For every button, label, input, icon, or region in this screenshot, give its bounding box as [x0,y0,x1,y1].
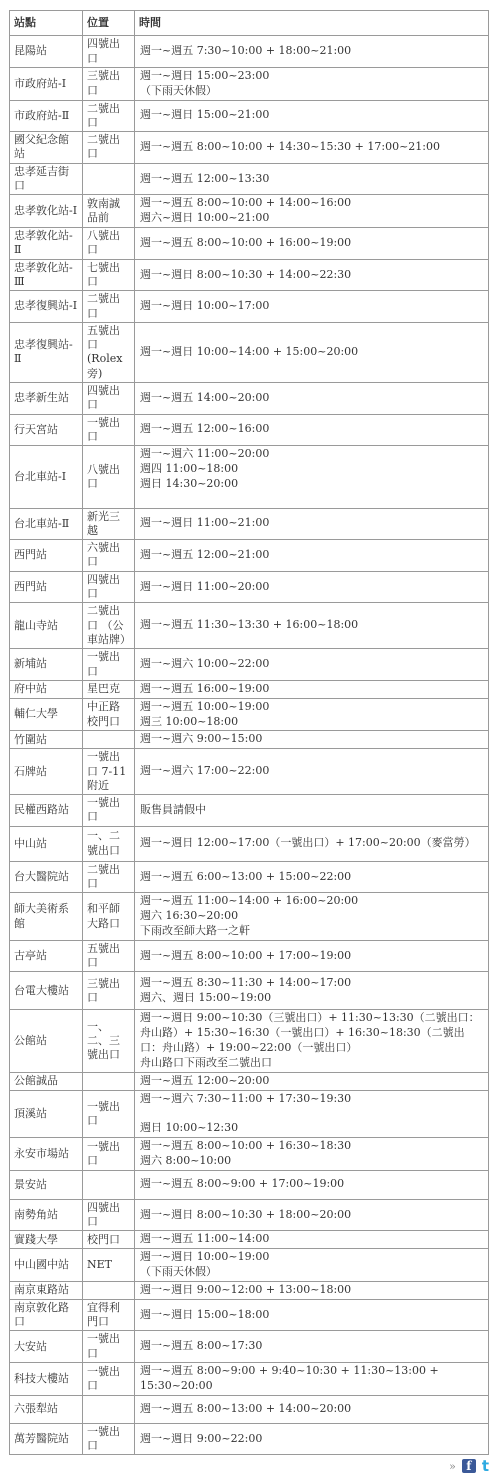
location-cell: 四號出口 [83,36,135,68]
time-cell: 週一~週五 12:00~20:00 [135,1072,489,1090]
table-row: 科技大樓站一號出口週一~週五 8:00~9:00 + 9:40~10:30 + … [10,1363,489,1396]
time-line: 週一~週六 11:00~20:00 [140,447,483,462]
location-cell: 二號出口 （公車站牌） [83,603,135,649]
table-row: 頂溪站一號出口週一~週六 7:30~11:00 + 17:30~19:30 週日… [10,1090,489,1138]
location-cell: 二號出口 [83,100,135,132]
table-row: 西門站六號出口週一~週五 12:00~21:00 [10,540,489,572]
location-cell: 校門口 [83,1231,135,1249]
time-cell: 週一~週日 15:00~18:00 [135,1299,489,1331]
time-line: 週一~週六 10:00~22:00 [140,657,483,672]
table-row: 南勢角站四號出口週一~週日 8:00~10:30 + 18:00~20:00 [10,1199,489,1231]
location-cell: 敦南誠品前 [83,195,135,228]
location-cell: 二號出口 [83,291,135,323]
station-cell: 忠孝敦化站-Ⅱ [10,228,83,260]
table-row: 景安站週一~週五 8:00~9:00 + 17:00~19:00 [10,1170,489,1199]
time-cell: 週一~週五 16:00~19:00 [135,680,489,698]
station-cell: 台大醫院站 [10,861,83,893]
time-cell: 週一~週五 11:00~14:00 [135,1231,489,1249]
time-line: 週三 10:00~18:00 [140,715,483,730]
location-cell: 一號出口 [83,414,135,446]
table-row: 忠孝延吉街口週一~週五 12:00~13:30 [10,163,489,195]
header-time: 時間 [135,11,489,36]
table-row: 西門站四號出口週一~週日 11:00~20:00 [10,571,489,603]
location-cell [83,1170,135,1199]
time-cell: 週一~週日 15:00~21:00 [135,100,489,132]
station-cell: 公館誠品 [10,1072,83,1090]
station-cell: 頂溪站 [10,1090,83,1138]
station-cell: 忠孝延吉街口 [10,163,83,195]
station-cell: 民權西路站 [10,795,83,827]
time-line: 週一~週日 11:00~20:00 [140,580,483,595]
time-line: 週一~週五 14:00~20:00 [140,391,483,406]
time-cell: 週一~週日 10:00~14:00 + 15:00~20:00 [135,322,489,382]
location-cell: 和平師大路口 [83,893,135,941]
station-cell: 西門站 [10,540,83,572]
header-location: 位置 [83,11,135,36]
time-line: 週一~週五 12:00~16:00 [140,422,483,437]
time-cell: 週一~週日 10:00~17:00 [135,291,489,323]
location-cell: 一號出口 [83,1331,135,1363]
time-cell: 週一~週日 9:00~12:00 + 13:00~18:00 [135,1281,489,1299]
time-line: 週一~週日 8:00~10:30 + 18:00~20:00 [140,1208,483,1223]
table-row: 台北車站-Ⅰ八號出口週一~週六 11:00~20:00週四 11:00~18:0… [10,446,489,508]
time-line: 週一~週五 6:00~13:00 + 15:00~22:00 [140,870,483,885]
table-row: 石牌站一號出口 7-11附近週一~週六 17:00~22:00 [10,749,489,795]
time-line: 週一~週五 11:00~14:00 [140,1232,483,1247]
station-cell: 南京東路站 [10,1281,83,1299]
time-line: 週一~週五 12:00~21:00 [140,548,483,563]
station-cell: 新埔站 [10,649,83,681]
time-cell: 週一~週五 12:00~21:00 [135,540,489,572]
location-cell: 八號出口 [83,446,135,508]
table-row: 公館誠品週一~週五 12:00~20:00 [10,1072,489,1090]
time-cell: 週一~週六 17:00~22:00 [135,749,489,795]
time-line: 週一~週五 8:00~9:00 + 17:00~19:00 [140,1177,483,1192]
time-line: 週一~週五 8:00~10:00 + 17:00~19:00 [140,949,483,964]
station-cell: 台北車站-Ⅱ [10,508,83,540]
time-line: 舟山路口下雨改至二號出口 [140,1056,483,1071]
table-row: 市政府站-Ⅰ三號出口週一~週日 15:00~23:00（下雨天休假） [10,67,489,100]
time-cell: 週一~週五 11:00~14:00 + 16:00~20:00週六 16:30~… [135,893,489,941]
location-cell: 四號出口 [83,571,135,603]
time-cell: 週一~週日 11:00~20:00 [135,571,489,603]
time-line: 週一~週日 8:00~10:30 + 14:00~22:30 [140,268,483,283]
time-cell: 週一~週五 6:00~13:00 + 15:00~22:00 [135,861,489,893]
table-row: 龍山寺站二號出口 （公車站牌）週一~週五 11:30~13:30 + 16:00… [10,603,489,649]
time-cell: 週一~週五 8:00~13:00 + 14:00~20:00 [135,1395,489,1423]
station-cell: 科技大樓站 [10,1363,83,1396]
time-cell: 週一~週五 8:30~11:30 + 14:00~17:00週六、週日 15:0… [135,972,489,1010]
station-cell: 景安站 [10,1170,83,1199]
location-cell: 一、二號出口 [83,826,135,861]
table-row: 中山站一、二號出口週一~週日 12:00~17:00（一號出口）+ 17:00~… [10,826,489,861]
location-cell: 八號出口 [83,228,135,260]
station-cell: 實踐大學 [10,1231,83,1249]
table-row: 忠孝復興站-Ⅱ五號出口 (Rolex旁)週一~週日 10:00~14:00 + … [10,322,489,382]
time-line: 週一~週日 15:00~21:00 [140,108,483,123]
time-line: 週日 14:30~20:00 [140,477,483,492]
time-line: 週一~週五 8:00~17:30 [140,1339,483,1354]
location-cell: 一號出口 [83,1138,135,1171]
location-cell: NET [83,1249,135,1282]
time-line: 下雨改至師大路一之軒 [140,924,483,939]
time-cell: 週一~週五 8:00~10:00 + 14:00~16:00週六~週日 10:0… [135,195,489,228]
time-cell: 週一~週五 12:00~16:00 [135,414,489,446]
location-cell [83,731,135,749]
table-row: 實踐大學校門口週一~週五 11:00~14:00 [10,1231,489,1249]
time-line: 週一~週五 12:00~20:00 [140,1074,483,1089]
station-cell: 台北車站-Ⅰ [10,446,83,508]
station-cell: 永安市場站 [10,1138,83,1171]
time-line: 週一~週五 8:00~13:00 + 14:00~20:00 [140,1402,483,1417]
table-row: 台北車站-Ⅱ新光三越週一~週日 11:00~21:00 [10,508,489,540]
time-line: 週一~週六 17:00~22:00 [140,764,483,779]
table-row: 公館站一、二、三號出口週一~週日 9:00~10:30（三號出口）+ 11:30… [10,1010,489,1072]
page: 站點 位置 時間 昆陽站四號出口週一~週五 7:30~10:00 + 18:00… [0,0,500,1480]
time-cell: 週一~週日 9:00~10:30（三號出口）+ 11:30~13:30（二號出口… [135,1010,489,1072]
time-cell: 週一~週六 7:30~11:00 + 17:30~19:30 週日 10:00~… [135,1090,489,1138]
time-line: 週一~週五 8:30~11:30 + 14:00~17:00 [140,976,483,991]
header-row: 站點 位置 時間 [10,11,489,36]
header-station: 站點 [10,11,83,36]
table-row: 市政府站-Ⅱ二號出口週一~週日 15:00~21:00 [10,100,489,132]
time-line: 週一~週日 15:00~23:00 [140,69,483,84]
location-cell: 星巴克 [83,680,135,698]
location-cell: 四號出口 [83,1199,135,1231]
location-cell: 五號出口 [83,940,135,972]
time-line: 週一~週日 9:00~12:00 + 13:00~18:00 [140,1283,483,1298]
table-row: 中山國中站NET週一~週日 10:00~19:00（下雨天休假） [10,1249,489,1282]
location-cell: 六號出口 [83,540,135,572]
station-cell: 大安站 [10,1331,83,1363]
time-cell: 週一~週五 14:00~20:00 [135,383,489,415]
time-line: 週六~週日 10:00~21:00 [140,211,483,226]
location-cell [83,1281,135,1299]
time-cell: 週一~週日 8:00~10:30 + 18:00~20:00 [135,1199,489,1231]
station-cell: 忠孝復興站-Ⅱ [10,322,83,382]
time-cell: 週一~週五 8:00~10:00 + 16:00~19:00 [135,228,489,260]
schedule-table: 站點 位置 時間 昆陽站四號出口週一~週五 7:30~10:00 + 18:00… [9,10,489,1455]
time-line: 週一~週日 15:00~18:00 [140,1308,483,1323]
time-line: 週四 11:00~18:00 [140,462,483,477]
time-line: 週一~週日 11:00~21:00 [140,516,483,531]
station-cell: 國父紀念館站 [10,132,83,164]
time-line: （下雨天休假） [140,1265,483,1280]
time-cell: 週一~週日 12:00~17:00（一號出口）+ 17:00~20:00（麥當勞… [135,826,489,861]
location-cell: 七號出口 [83,259,135,291]
table-row: 忠孝敦化站-Ⅰ敦南誠品前週一~週五 8:00~10:00 + 14:00~16:… [10,195,489,228]
time-cell: 週一~週五 7:30~10:00 + 18:00~21:00 [135,36,489,68]
time-line: 週一~週五 7:30~10:00 + 18:00~21:00 [140,44,483,59]
time-cell: 週一~週五 11:30~13:30 + 16:00~18:00 [135,603,489,649]
location-cell: 一號出口 [83,1090,135,1138]
time-line: 週一~週日 10:00~19:00 [140,1250,483,1265]
table-row: 忠孝敦化站-Ⅲ七號出口週一~週日 8:00~10:30 + 14:00~22:3… [10,259,489,291]
station-cell: 輔仁大學 [10,698,83,731]
time-line: 週一~週五 11:00~14:00 + 16:00~20:00 [140,894,483,909]
table-row: 萬芳醫院站一號出口週一~週日 9:00~22:00 [10,1423,489,1455]
time-cell: 週一~週五 8:00~17:30 [135,1331,489,1363]
location-cell [83,1395,135,1423]
station-cell: 中山國中站 [10,1249,83,1282]
location-cell: 五號出口 (Rolex旁) [83,322,135,382]
time-line: 週一~週五 12:00~13:30 [140,172,483,187]
table-row: 古亭站五號出口週一~週五 8:00~10:00 + 17:00~19:00 [10,940,489,972]
location-cell: 中正路校門口 [83,698,135,731]
table-row: 南京敦化路口宜得利門口週一~週日 15:00~18:00 [10,1299,489,1331]
station-cell: 師大美術系館 [10,893,83,941]
table-row: 民權西路站一號出口販售員請假中 [10,795,489,827]
time-line: 週一~週日 9:00~10:30（三號出口）+ 11:30~13:30（二號出口… [140,1011,483,1056]
location-cell: 三號出口 [83,67,135,100]
station-cell: 南勢角站 [10,1199,83,1231]
table-row: 府中站星巴克週一~週五 16:00~19:00 [10,680,489,698]
station-cell: 龍山寺站 [10,603,83,649]
station-cell: 忠孝復興站-Ⅰ [10,291,83,323]
location-cell: 一號出口 [83,1363,135,1396]
time-line [140,492,483,507]
time-line: 週一~週日 12:00~17:00（一號出口）+ 17:00~20:00（麥當勞… [140,836,483,851]
table-row: 大安站一號出口週一~週五 8:00~17:30 [10,1331,489,1363]
location-cell: 一號出口 [83,1423,135,1455]
time-cell: 週一~週六 9:00~15:00 [135,731,489,749]
location-cell: 一號出口 7-11附近 [83,749,135,795]
station-cell: 府中站 [10,680,83,698]
location-cell: 二號出口 [83,861,135,893]
table-row: 忠孝新生站四號出口週一~週五 14:00~20:00 [10,383,489,415]
time-cell: 週一~週日 15:00~23:00（下雨天休假） [135,67,489,100]
table-row: 新埔站一號出口週一~週六 10:00~22:00 [10,649,489,681]
table-row: 台大醫院站二號出口週一~週五 6:00~13:00 + 15:00~22:00 [10,861,489,893]
table-row: 師大美術系館和平師大路口週一~週五 11:00~14:00 + 16:00~20… [10,893,489,941]
more-link[interactable]: » [449,1461,456,1472]
table-row: 忠孝敦化站-Ⅱ八號出口週一~週五 8:00~10:00 + 16:00~19:0… [10,228,489,260]
time-cell: 週一~週五 12:00~13:30 [135,163,489,195]
table-row: 忠孝復興站-Ⅰ二號出口週一~週日 10:00~17:00 [10,291,489,323]
time-line: 週六 16:30~20:00 [140,909,483,924]
location-cell: 一、二、三號出口 [83,1010,135,1072]
station-cell: 萬芳醫院站 [10,1423,83,1455]
table-body: 昆陽站四號出口週一~週五 7:30~10:00 + 18:00~21:00市政府… [10,36,489,1455]
station-cell: 昆陽站 [10,36,83,68]
table-row: 昆陽站四號出口週一~週五 7:30~10:00 + 18:00~21:00 [10,36,489,68]
station-cell: 竹圍站 [10,731,83,749]
time-line: 週六、週日 15:00~19:00 [140,991,483,1006]
time-cell: 週一~週日 10:00~19:00（下雨天休假） [135,1249,489,1282]
station-cell: 南京敦化路口 [10,1299,83,1331]
time-cell: 週一~週五 8:00~10:00 + 16:30~18:30週六 8:00~10… [135,1138,489,1171]
table-row: 六張犁站週一~週五 8:00~13:00 + 14:00~20:00 [10,1395,489,1423]
time-cell: 販售員請假中 [135,795,489,827]
time-cell: 週一~週五 8:00~9:00 + 17:00~19:00 [135,1170,489,1199]
table-row: 國父紀念館站二號出口週一~週五 8:00~10:00 + 14:30~15:30… [10,132,489,164]
time-line: 週一~週五 10:00~19:00 [140,700,483,715]
time-line: 週一~週日 10:00~17:00 [140,299,483,314]
station-cell: 忠孝敦化站-Ⅰ [10,195,83,228]
table-row: 南京東路站週一~週日 9:00~12:00 + 13:00~18:00 [10,1281,489,1299]
time-line: 週一~週六 9:00~15:00 [140,732,483,747]
time-line: 週一~週五 8:00~10:00 + 14:30~15:30 + 17:00~2… [140,140,483,155]
time-line: 週一~週五 8:00~10:00 + 16:00~19:00 [140,236,483,251]
twitter-share-icon[interactable]: t [482,1459,489,1474]
location-cell: 宜得利門口 [83,1299,135,1331]
time-line: 週一~週六 7:30~11:00 + 17:30~19:30 [140,1092,483,1107]
location-cell: 一號出口 [83,795,135,827]
time-line: （下雨天休假） [140,84,483,99]
time-line [140,1106,483,1121]
table-row: 行天宮站一號出口週一~週五 12:00~16:00 [10,414,489,446]
location-cell: 一號出口 [83,649,135,681]
location-cell [83,1072,135,1090]
station-cell: 市政府站-Ⅱ [10,100,83,132]
station-cell: 忠孝新生站 [10,383,83,415]
station-cell: 台電大樓站 [10,972,83,1010]
station-cell: 六張犁站 [10,1395,83,1423]
share-bar: » f t [9,1455,489,1474]
time-cell: 週一~週五 8:00~9:00 + 9:40~10:30 + 11:30~13:… [135,1363,489,1396]
station-cell: 行天宮站 [10,414,83,446]
location-cell: 二號出口 [83,132,135,164]
location-cell [83,163,135,195]
time-line: 週六 8:00~10:00 [140,1154,483,1169]
time-cell: 週一~週五 8:00~10:00 + 14:30~15:30 + 17:00~2… [135,132,489,164]
time-cell: 週一~週日 9:00~22:00 [135,1423,489,1455]
time-cell: 週一~週五 8:00~10:00 + 17:00~19:00 [135,940,489,972]
location-cell: 四號出口 [83,383,135,415]
time-cell: 週一~週日 11:00~21:00 [135,508,489,540]
time-line: 週一~週日 9:00~22:00 [140,1432,483,1447]
table-row: 台電大樓站三號出口週一~週五 8:30~11:30 + 14:00~17:00週… [10,972,489,1010]
station-cell: 市政府站-Ⅰ [10,67,83,100]
table-row: 輔仁大學中正路校門口週一~週五 10:00~19:00週三 10:00~18:0… [10,698,489,731]
station-cell: 忠孝敦化站-Ⅲ [10,259,83,291]
time-line: 週一~週五 8:00~10:00 + 14:00~16:00 [140,196,483,211]
location-cell: 新光三越 [83,508,135,540]
time-line: 週一~週五 11:30~13:30 + 16:00~18:00 [140,618,483,633]
time-cell: 週一~週六 10:00~22:00 [135,649,489,681]
time-line: 週一~週五 8:00~10:00 + 16:30~18:30 [140,1139,483,1154]
station-cell: 中山站 [10,826,83,861]
time-line: 週一~週五 8:00~9:00 + 9:40~10:30 + 11:30~13:… [140,1364,483,1394]
location-cell: 三號出口 [83,972,135,1010]
table-row: 竹圍站週一~週六 9:00~15:00 [10,731,489,749]
time-line: 販售員請假中 [140,803,483,818]
facebook-share-icon[interactable]: f [462,1459,476,1473]
station-cell: 公館站 [10,1010,83,1072]
time-cell: 週一~週六 11:00~20:00週四 11:00~18:00週日 14:30~… [135,446,489,508]
station-cell: 西門站 [10,571,83,603]
station-cell: 古亭站 [10,940,83,972]
time-line: 週日 10:00~12:30 [140,1121,483,1136]
time-line: 週一~週日 10:00~14:00 + 15:00~20:00 [140,345,483,360]
time-line: 週一~週五 16:00~19:00 [140,682,483,697]
station-cell: 石牌站 [10,749,83,795]
time-cell: 週一~週日 8:00~10:30 + 14:00~22:30 [135,259,489,291]
time-cell: 週一~週五 10:00~19:00週三 10:00~18:00 [135,698,489,731]
table-row: 永安市場站一號出口週一~週五 8:00~10:00 + 16:30~18:30週… [10,1138,489,1171]
